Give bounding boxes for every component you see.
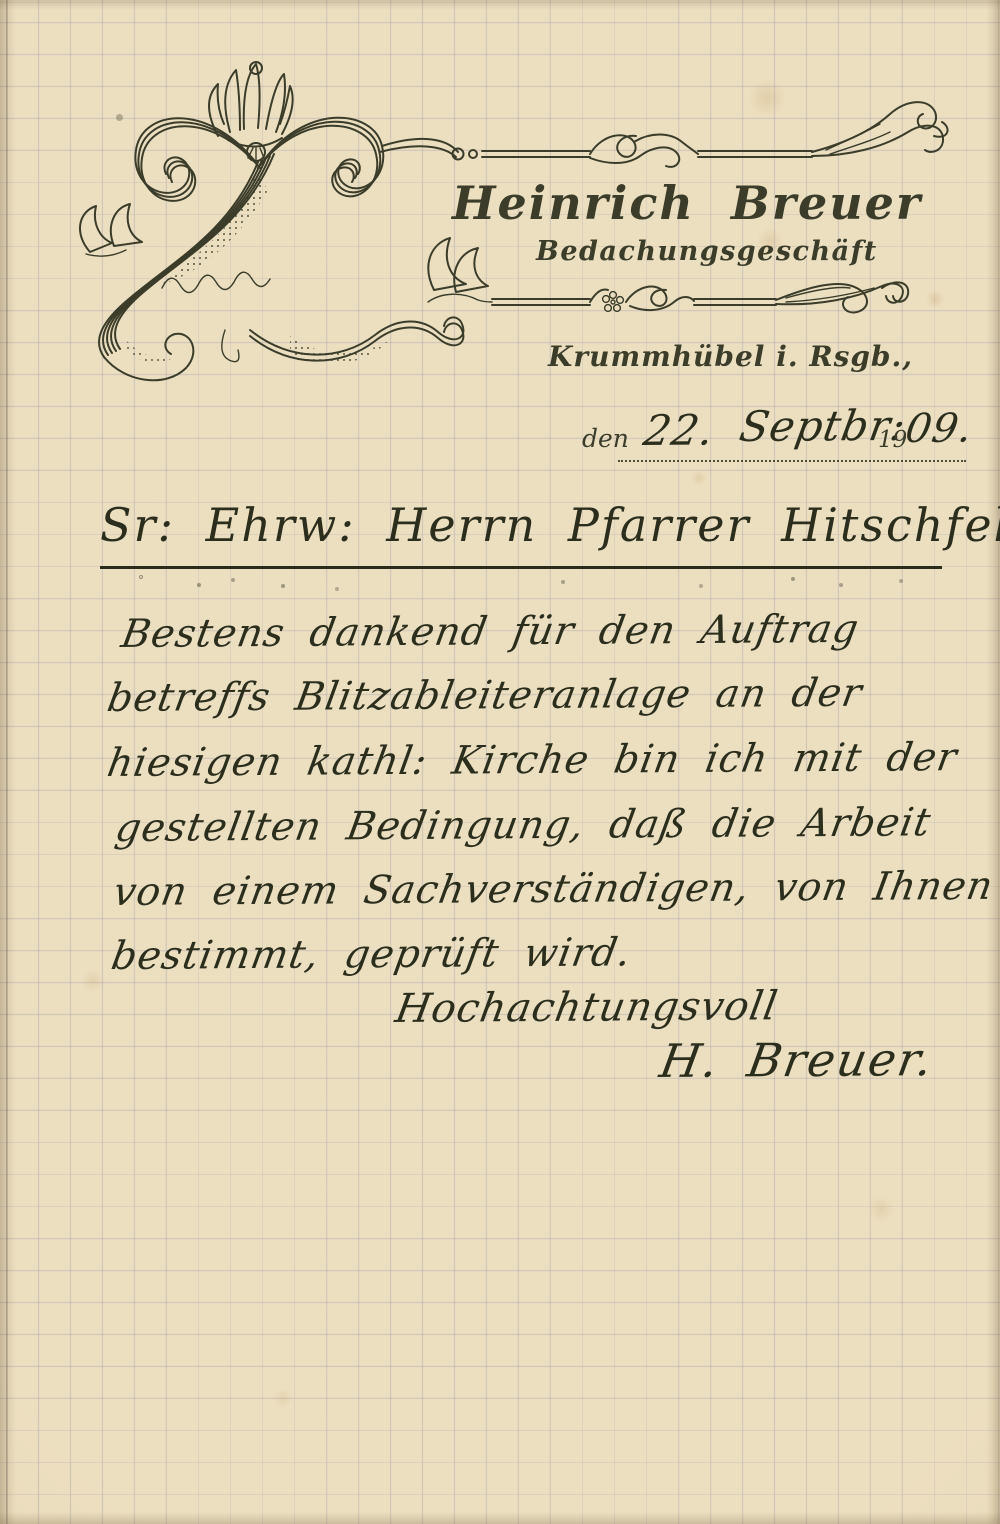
letterhead-place-line: Krummhübel i. Rsgb., xyxy=(548,340,913,373)
salutation-text: Sr: Ehrw: Herrn Pfarrer Hitschfeld! xyxy=(100,498,1000,552)
date-dotted-line xyxy=(618,460,966,462)
flourish-curls xyxy=(80,118,463,381)
body-line-4: gestellten Bedingung, daß die Arbeit xyxy=(112,800,934,851)
salutation-underline: Sr: Ehrw: Herrn Pfarrer Hitschfeld! xyxy=(100,498,942,569)
body-line-1: Bestens dankend für den Auftrag xyxy=(118,607,862,657)
paper-edge-bottom xyxy=(0,1512,1000,1524)
age-stain xyxy=(690,470,708,486)
age-stain xyxy=(866,1196,896,1222)
body-line-5: von einem Sachverständigen, von Ihnen xyxy=(110,864,997,915)
letter-page: Heinrich Breuer Bedachungsgeschäft Krumm… xyxy=(0,0,1000,1524)
age-stain xyxy=(272,1388,294,1408)
closing-text: Hochachtungsvoll xyxy=(392,983,781,1032)
paper-fold-line xyxy=(6,0,8,1524)
body-line-2: betreffs Blitzableiteranlage an der xyxy=(104,671,866,721)
signature: H. Breuer. xyxy=(656,1032,938,1088)
paper-edge-top xyxy=(0,0,1000,10)
body-line-6: bestimmt, geprüft wird. xyxy=(108,930,635,979)
date-handwritten-day: 22. xyxy=(640,406,718,455)
body-line-3: hiesigen kathl: Kirche bin ich mit der xyxy=(104,735,961,786)
date-printed-prefix: den xyxy=(582,424,629,453)
letterhead-business-type: Bedachungsgeschäft xyxy=(536,236,878,267)
ornamental-rule-top xyxy=(453,102,948,167)
paper-edge-right xyxy=(986,0,1000,1524)
ink-specks-row xyxy=(140,576,142,578)
letterhead-company-name: Heinrich Breuer xyxy=(452,176,922,230)
date-handwritten-year: 09. xyxy=(902,406,976,452)
flower-motif xyxy=(603,292,624,312)
age-stain xyxy=(80,970,106,992)
paper-edge-left xyxy=(0,0,16,1524)
